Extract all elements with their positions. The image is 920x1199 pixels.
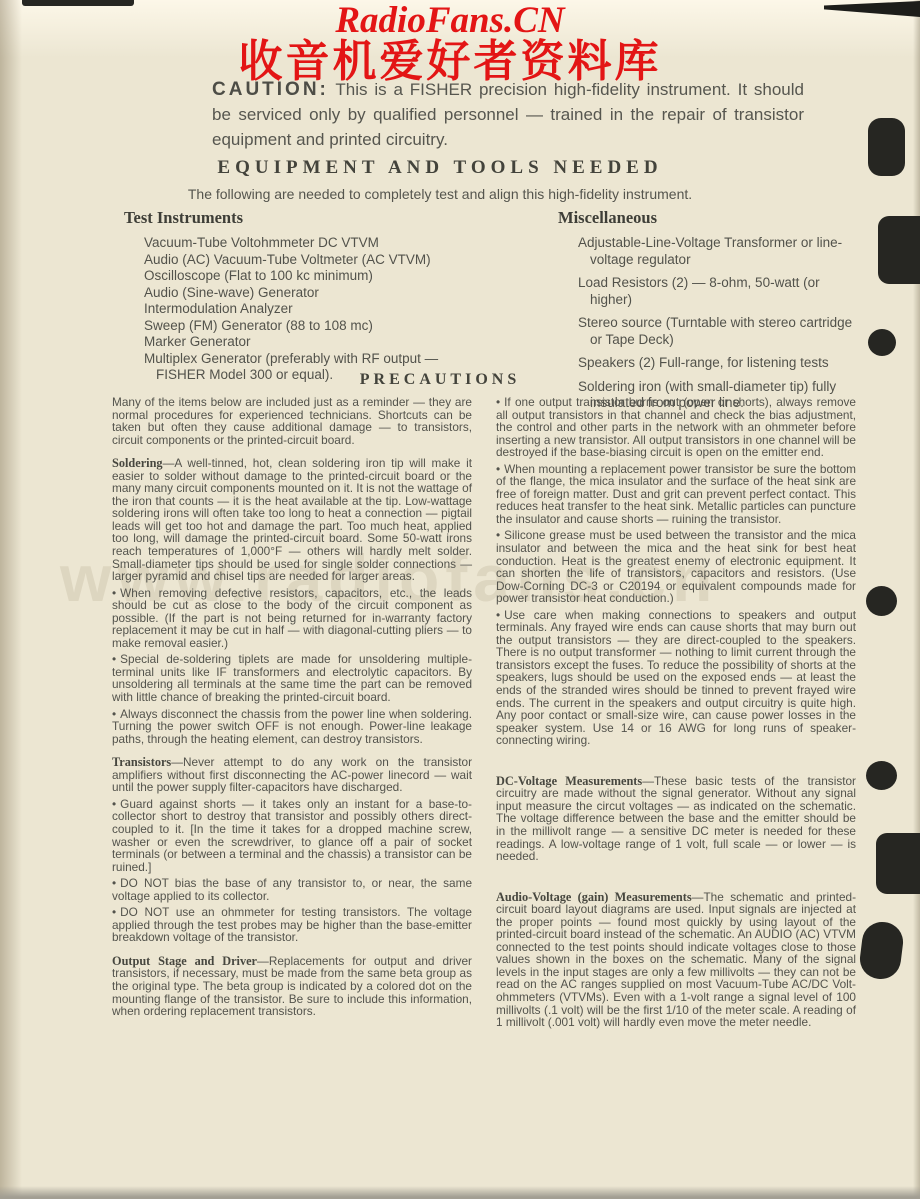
paragraph-text: When mounting a replacement power transi…: [496, 462, 856, 526]
paragraph-text: —The schematic and printed-circuit board…: [496, 890, 856, 1029]
paragraph-text: Always disconnect the chassis from the p…: [112, 707, 472, 746]
test-instruments-heading: Test Instruments: [124, 208, 469, 228]
bullet-item: •Always disconnect the chassis from the …: [112, 708, 472, 746]
scan-edge-top: [0, 0, 920, 58]
paragraph-text: —A well-tinned, hot, clean soldering iro…: [112, 456, 472, 583]
bullet-item: •If one output transistor burns out (ope…: [496, 396, 856, 459]
precautions-right-column: •If one output transistor burns out (ope…: [496, 396, 856, 1033]
list-item: Speakers (2) Full-range, for listening t…: [558, 355, 853, 372]
binder-hole: [866, 761, 897, 790]
paragraph-text: Guard against shorts — it takes only an …: [112, 797, 472, 874]
list-item: Oscilloscope (Flat to 100 kc minimum): [124, 268, 469, 285]
list-item: Adjustable-Line-Voltage Transformer or l…: [558, 235, 853, 268]
binder-hole: [858, 920, 906, 982]
bullet-item: •DO NOT bias the base of any transistor …: [112, 877, 472, 902]
test-instruments-list: Vacuum-Tube Voltohmmeter DC VTVM Audio (…: [124, 235, 469, 384]
precautions-body: Many of the items below are included jus…: [112, 396, 856, 1033]
scan-edge-bottom: [0, 1186, 920, 1199]
paragraph-text: Special de-soldering tiplets are made fo…: [112, 652, 472, 704]
equipment-section-title: EQUIPMENT AND TOOLS NEEDED: [0, 157, 880, 179]
paragraph-text: DO NOT bias the base of any transistor t…: [112, 876, 472, 903]
precaution-paragraph: Many of the items below are included jus…: [112, 396, 472, 446]
scan-edge-left: [0, 0, 22, 1199]
list-item: Load Resistors (2) — 8-ohm, 50-watt (or …: [558, 275, 853, 308]
list-item: Stereo source (Turntable with stereo car…: [558, 315, 853, 348]
scan-smudge: [22, 0, 134, 6]
bullet-item: •Special de-soldering tiplets are made f…: [112, 653, 472, 703]
precaution-paragraph: Soldering—A well-tinned, hot, clean sold…: [112, 457, 472, 582]
list-item: Vacuum-Tube Voltohmmeter DC VTVM: [124, 235, 469, 252]
list-item: Audio (AC) Vacuum-Tube Voltmeter (AC VTV…: [124, 252, 469, 269]
precautions-title: PRECAUTIONS: [0, 371, 880, 389]
list-item: Audio (Sine-wave) Generator: [124, 285, 469, 302]
bullet-item: •Silicone grease must be used between th…: [496, 529, 856, 604]
binder-tab: [878, 216, 920, 284]
bullet-item: •DO NOT use an ohmmeter for testing tran…: [112, 906, 472, 944]
list-item: Intermodulation Analyzer: [124, 301, 469, 318]
paragraph-text: —These basic tests of the transistor cir…: [496, 774, 856, 863]
precaution-paragraph: Output Stage and Driver—Replacements for…: [112, 955, 472, 1018]
paragraph-text: If one output transistor burns out (open…: [496, 395, 856, 459]
test-instruments-column: Test Instruments Vacuum-Tube Voltohmmete…: [124, 208, 469, 384]
equipment-section-subtitle: The following are needed to completely t…: [0, 186, 880, 202]
precautions-left-column: Many of the items below are included jus…: [112, 396, 472, 1033]
scan-smudge: [824, 1, 920, 17]
paragraph-text: DO NOT use an ohmmeter for testing trans…: [112, 905, 472, 944]
bullet-item: •Guard against shorts — it takes only an…: [112, 798, 472, 873]
paragraph-text: When removing defective resistors, capac…: [112, 586, 472, 650]
paragraph-text: Use care when making connections to spea…: [496, 608, 856, 747]
bullet-item: •When removing defective resistors, capa…: [112, 587, 472, 650]
list-item: Marker Generator: [124, 334, 469, 351]
miscellaneous-heading: Miscellaneous: [558, 208, 853, 228]
precaution-paragraph: Transistors—Never attempt to do any work…: [112, 756, 472, 794]
binder-tab: [876, 833, 920, 894]
bullet-item: •When mounting a replacement power trans…: [496, 463, 856, 526]
binder-hole: [868, 329, 896, 356]
caution-label: CAUTION:: [212, 79, 329, 100]
precaution-paragraph: DC-Voltage Measurements—These basic test…: [496, 775, 856, 863]
precaution-paragraph: Audio-Voltage (gain) Measurements—The sc…: [496, 891, 856, 1029]
paragraph-text: Silicone grease must be used between the…: [496, 528, 856, 605]
caution-paragraph: CAUTION: This is a FISHER precision high…: [212, 77, 804, 152]
list-item: Sweep (FM) Generator (88 to 108 mc): [124, 318, 469, 335]
paragraph-text: Many of the items below are included jus…: [112, 395, 472, 447]
scanned-manual-page: { "glyphs": { "bullet": "•" }, "watermar…: [0, 0, 920, 1199]
bullet-item: •Use care when making connections to spe…: [496, 609, 856, 747]
